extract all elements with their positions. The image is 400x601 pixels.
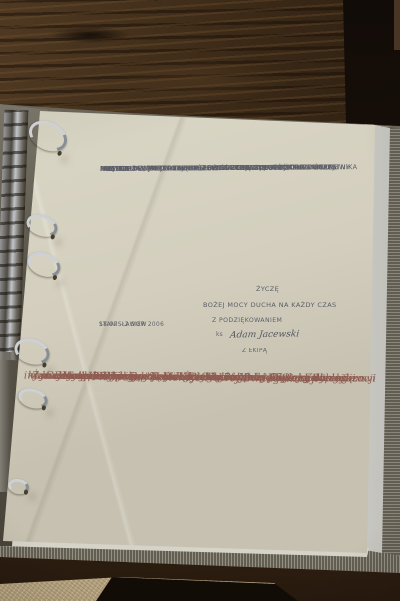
script-line: im. św. Kingi w Nowym Sączu - Biegonicac… bbox=[24, 369, 253, 385]
signature-suffix: Z EKIPĄ bbox=[242, 348, 267, 354]
thanks-line: Z PODZIĘKOWANIEM bbox=[212, 317, 282, 324]
wish-line: BOŻEJ MOCY DUCHA NA KAŻDY CZAS bbox=[203, 301, 337, 309]
signature-prefix: ks bbox=[216, 331, 223, 338]
signature: Adam Jacewski bbox=[229, 329, 299, 340]
photo-of-guestbook: JAKO DYREKTOR BYŁEŚ DO NAS NIEZAWODNIE Ż… bbox=[0, 0, 400, 601]
place-line: STANISŁAWÓW bbox=[99, 320, 147, 331]
caps-line: WITALI W MIEJSCU W KTÓRYM DOZNAJE SIĘ TA… bbox=[112, 160, 333, 177]
table-edge-highlight bbox=[394, 0, 400, 50]
wish-line: ŻYCZĘ bbox=[256, 285, 279, 293]
